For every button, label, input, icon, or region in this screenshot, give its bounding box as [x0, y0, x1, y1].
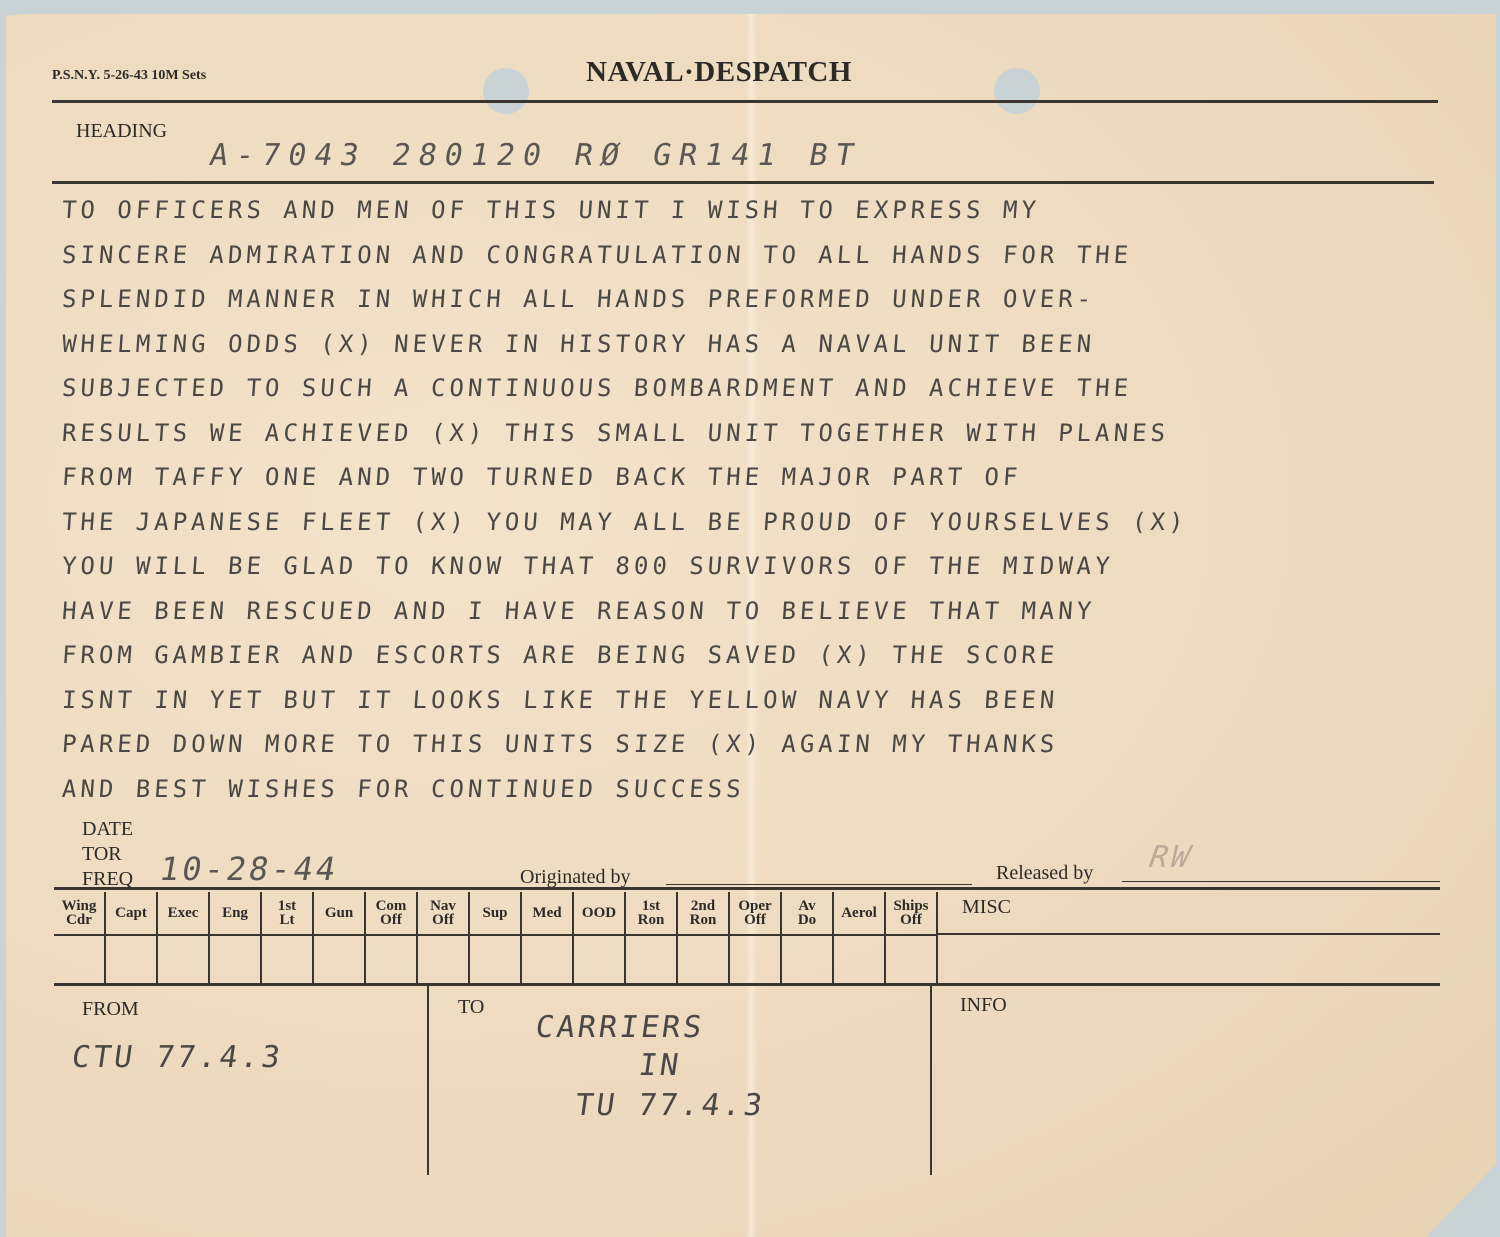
routing-table: WingCdr Capt Exec Eng 1stLt Gun ComOff N… — [54, 892, 938, 984]
routing-cell — [365, 935, 417, 984]
message-line: FROM GAMBIER AND ESCORTS ARE BEING SAVED… — [60, 633, 1463, 678]
message-line: YOU WILL BE GLAD TO KNOW THAT 800 SURVIV… — [60, 544, 1463, 589]
message-line: AND BEST WISHES FOR CONTINUED SUCCESS — [60, 767, 1463, 812]
heading-value: A-7043 280120 RØ GR141 BT — [207, 138, 865, 173]
misc-label: MISC — [962, 896, 1011, 919]
message-line: HAVE BEEN RESCUED AND I HAVE REASON TO B… — [60, 589, 1463, 634]
released-by-line — [1122, 881, 1440, 882]
message-line: PARED DOWN MORE TO THIS UNITS SIZE (X) A… — [60, 722, 1463, 767]
message-line: SPLENDID MANNER IN WHICH ALL HANDS PREFO… — [60, 277, 1463, 322]
message-line: THE JAPANESE FLEET (X) YOU MAY ALL BE PR… — [60, 500, 1463, 545]
routing-cell — [677, 935, 729, 984]
message-line: WHELMING ODDS (X) NEVER IN HISTORY HAS A… — [60, 322, 1463, 367]
originated-by-label: Originated by — [520, 866, 631, 889]
message-line: SINCERE ADMIRATION AND CONGRATULATION TO… — [60, 233, 1463, 278]
message-line: RESULTS WE ACHIEVED (X) THIS SMALL UNIT … — [60, 411, 1463, 456]
routing-col-nav-off: NavOff — [417, 892, 469, 935]
routing-cell — [54, 935, 105, 984]
routing-col-ships-off: ShipsOff — [885, 892, 937, 935]
routing-cell — [833, 935, 885, 984]
tor-label: TOR — [82, 843, 122, 866]
routing-col-av-do: AvDo — [781, 892, 833, 935]
routing-cell — [105, 935, 157, 984]
from-value: CTU 77.4.3 — [70, 1040, 286, 1075]
routing-cell — [261, 935, 313, 984]
routing-col-exec: Exec — [157, 892, 209, 935]
info-label: INFO — [960, 994, 1007, 1017]
divider — [936, 933, 1440, 935]
date-label: DATE — [82, 818, 133, 841]
routing-cell — [573, 935, 625, 984]
routing-col-gun: Gun — [313, 892, 365, 935]
routing-col-com-off: ComOff — [365, 892, 417, 935]
routing-cell — [313, 935, 365, 984]
routing-col-1st-lt: 1stLt — [261, 892, 313, 935]
to-value-line: CARRIERS — [508, 1010, 733, 1045]
to-value-line: IN — [548, 1048, 773, 1083]
column-divider — [427, 985, 429, 1175]
routing-col-aerol: Aerol — [833, 892, 885, 935]
routing-cell — [417, 935, 469, 984]
form-title: NAVAL·DESPATCH — [586, 56, 852, 89]
routing-cell — [729, 935, 781, 984]
column-divider — [930, 985, 932, 1175]
heading-label: HEADING — [76, 120, 167, 143]
to-label: TO — [458, 996, 484, 1019]
divider — [52, 181, 1434, 184]
routing-col-1st-ron: 1stRon — [625, 892, 677, 935]
message-line: TO OFFICERS AND MEN OF THIS UNIT I WISH … — [60, 188, 1463, 233]
routing-cell — [885, 935, 937, 984]
routing-col-med: Med — [521, 892, 573, 935]
routing-cell — [469, 935, 521, 984]
routing-col-wing-cdr: WingCdr — [54, 892, 105, 935]
divider — [54, 983, 1440, 986]
form-id: P.S.N.Y. 5-26-43 10M Sets — [52, 68, 206, 84]
routing-col-sup: Sup — [469, 892, 521, 935]
routing-col-2nd-ron: 2ndRon — [677, 892, 729, 935]
routing-col-eng: Eng — [209, 892, 261, 935]
message-line: ISNT IN YET BUT IT LOOKS LIKE THE YELLOW… — [60, 678, 1463, 723]
to-value-line: TU 77.4.3 — [548, 1088, 793, 1123]
date-value: 10-28-44 — [157, 850, 342, 888]
message-line: FROM TAFFY ONE AND TWO TURNED BACK THE M… — [60, 455, 1463, 500]
punch-hole — [994, 68, 1040, 114]
routing-cell — [521, 935, 573, 984]
released-by-label: Released by — [996, 862, 1093, 885]
message-body: TO OFFICERS AND MEN OF THIS UNIT I WISH … — [62, 188, 1462, 811]
from-label: FROM — [82, 998, 139, 1021]
routing-col-oper-off: OperOff — [729, 892, 781, 935]
routing-cell — [781, 935, 833, 984]
routing-cell — [625, 935, 677, 984]
divider — [54, 887, 1440, 890]
routing-col-capt: Capt — [105, 892, 157, 935]
routing-col-ood: OOD — [573, 892, 625, 935]
originated-by-line — [666, 884, 972, 885]
divider — [52, 100, 1438, 103]
routing-cell — [209, 935, 261, 984]
routing-cell — [157, 935, 209, 984]
punch-hole — [483, 68, 529, 114]
message-line: SUBJECTED TO SUCH A CONTINUOUS BOMBARDME… — [60, 366, 1463, 411]
